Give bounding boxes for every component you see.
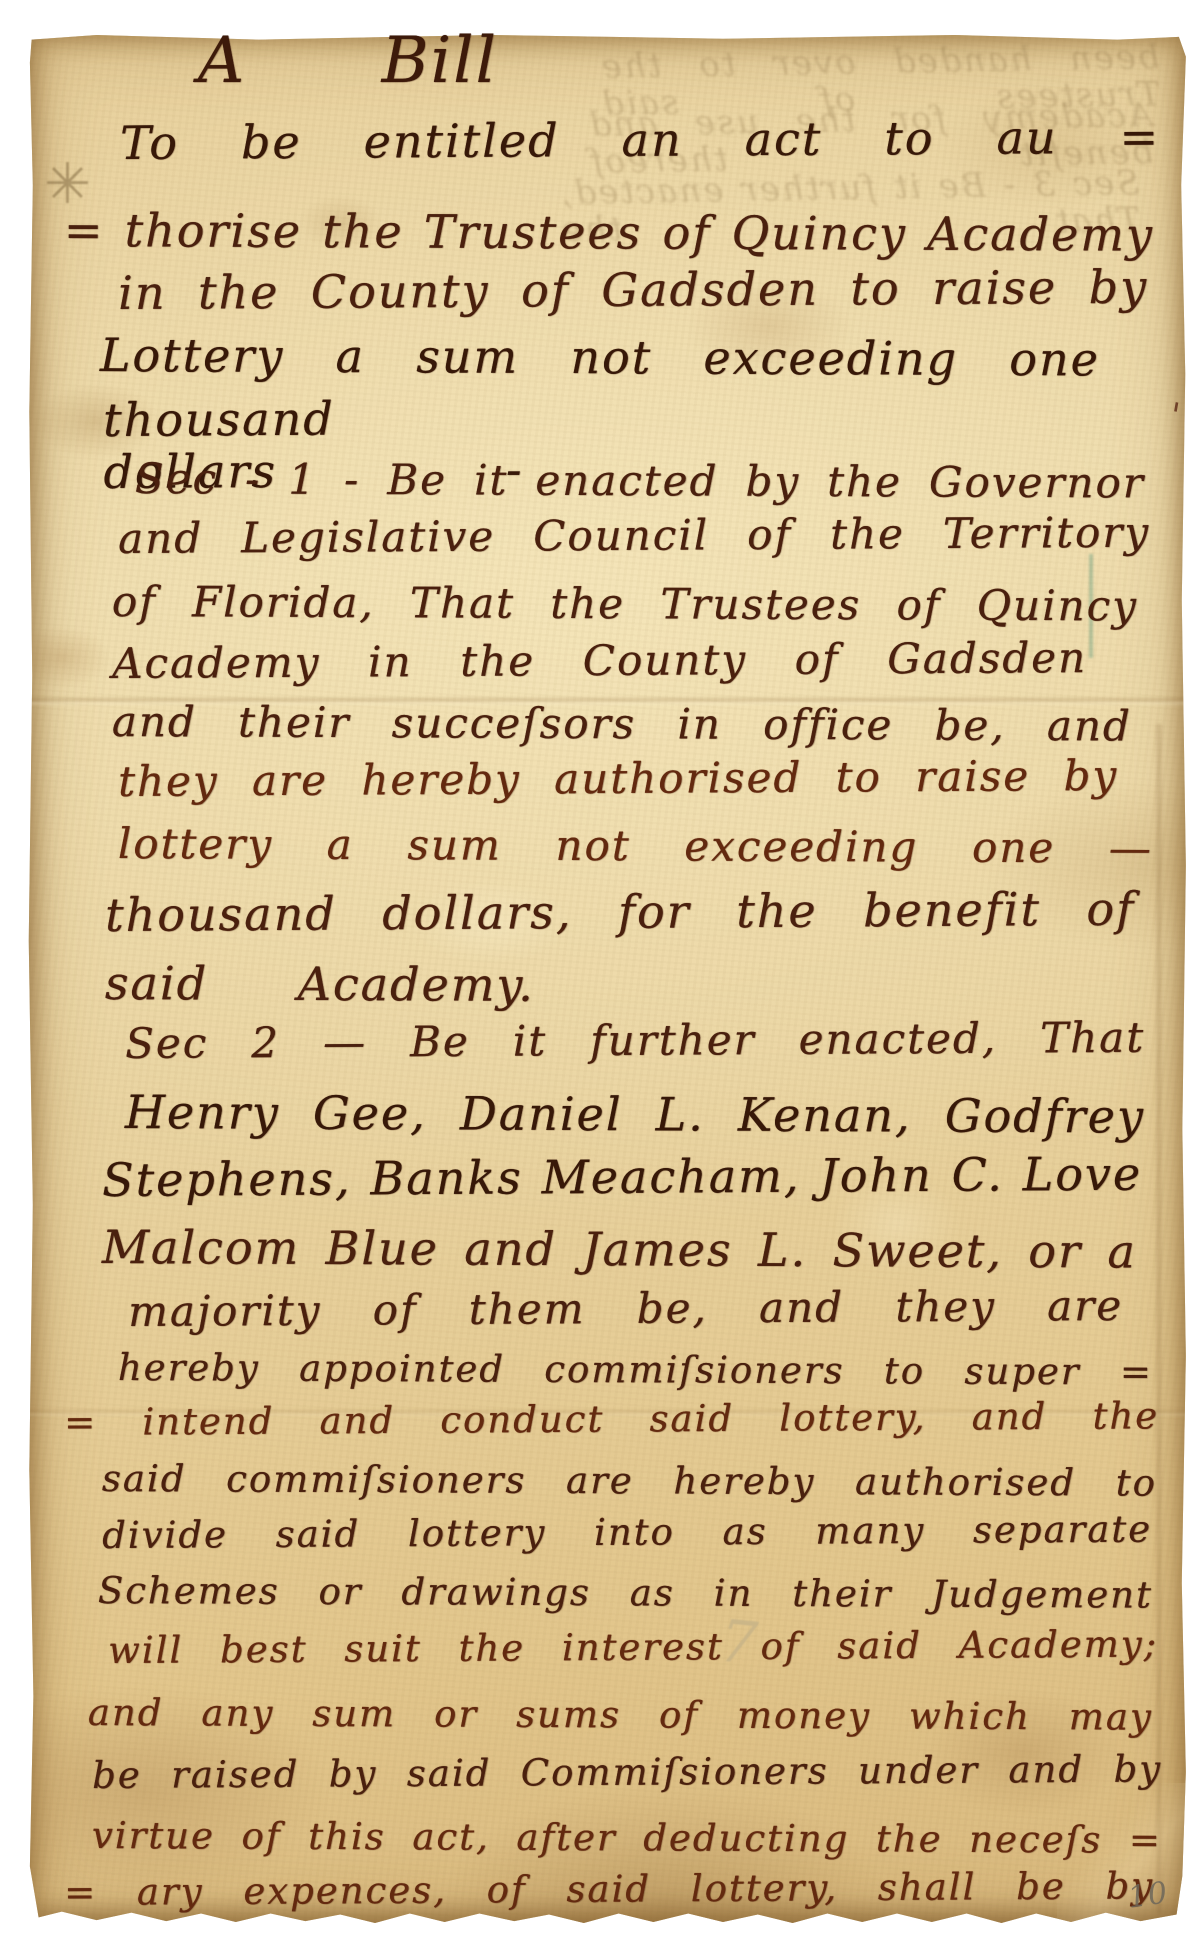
page-number-pencil: 10 bbox=[1126, 1875, 1171, 1915]
manuscript-line: Schemes or drawings as in their Judgemen… bbox=[98, 1570, 1153, 1616]
document-title: A Bill bbox=[198, 26, 498, 98]
manuscript-line: Stephens, Banks Meacham, John C. Love bbox=[102, 1149, 1142, 1207]
manuscript-line: = intend and conduct said lottery, and t… bbox=[64, 1395, 1159, 1443]
manuscript-line: they are hereby authorised to raise by bbox=[118, 752, 1118, 805]
manuscript-line: To be entitled an act to au = bbox=[120, 112, 1160, 170]
manuscript-line: lottery a sum not exceeding one — bbox=[118, 820, 1153, 872]
manuscript-line: said commiſsioners are hereby authorised… bbox=[102, 1458, 1157, 1504]
manuscript-line: virtue of this act, after deducting the … bbox=[92, 1815, 1162, 1861]
manuscript-line: divide said lottery into as many separat… bbox=[102, 1509, 1152, 1557]
manuscript-line: Sec - 1 - Be it enacted by the Governor bbox=[135, 455, 1145, 506]
manuscript-line: and any sum or sums of money which may bbox=[88, 1692, 1153, 1738]
manuscript-line: Henry Gee, Daniel L. Kenan, Godfrey bbox=[125, 1087, 1145, 1143]
scan-background: been handed over to the Trustees of said… bbox=[0, 0, 1200, 1938]
manuscript-line: Sec 2 — Be it further enacted, That bbox=[125, 1014, 1145, 1067]
manuscript-line: Malcom Blue and James L. Sweet, or a bbox=[102, 1222, 1137, 1278]
manuscript-line: and their succeſsors in office be, and bbox=[112, 698, 1132, 749]
manuscript-line: = thorise the Trustees of Quincy Academy bbox=[64, 205, 1154, 261]
manuscript-line: majority of them be, and they are bbox=[128, 1282, 1123, 1335]
manuscript-line: in the County of Gadsden to raise by bbox=[118, 262, 1148, 320]
manuscript-line: of Florida, That the Trustees of Quincy bbox=[112, 578, 1138, 630]
manuscript-line: be raised by said Commiſsioners under an… bbox=[92, 1748, 1162, 1796]
manuscript-line: hereby appointed commiſsioners to super … bbox=[118, 1347, 1153, 1393]
manuscript-line: Academy in the County of Gadsden bbox=[112, 634, 1087, 687]
manuscript-line: Lottery a sum not exceeding one bbox=[100, 330, 1100, 386]
manuscript-line: will best suit the interest of said Acad… bbox=[108, 1624, 1158, 1672]
manuscript-line: said Academy. bbox=[105, 958, 535, 1011]
manuscript-line: and Legislative Council of the Territory bbox=[118, 509, 1150, 562]
manuscript-line: thousand dollars, for the benefit of bbox=[105, 884, 1135, 942]
scratch-mark: 7 bbox=[717, 1606, 761, 1677]
manuscript-line: = ary expences, of said lottery, shall b… bbox=[64, 1865, 1154, 1913]
